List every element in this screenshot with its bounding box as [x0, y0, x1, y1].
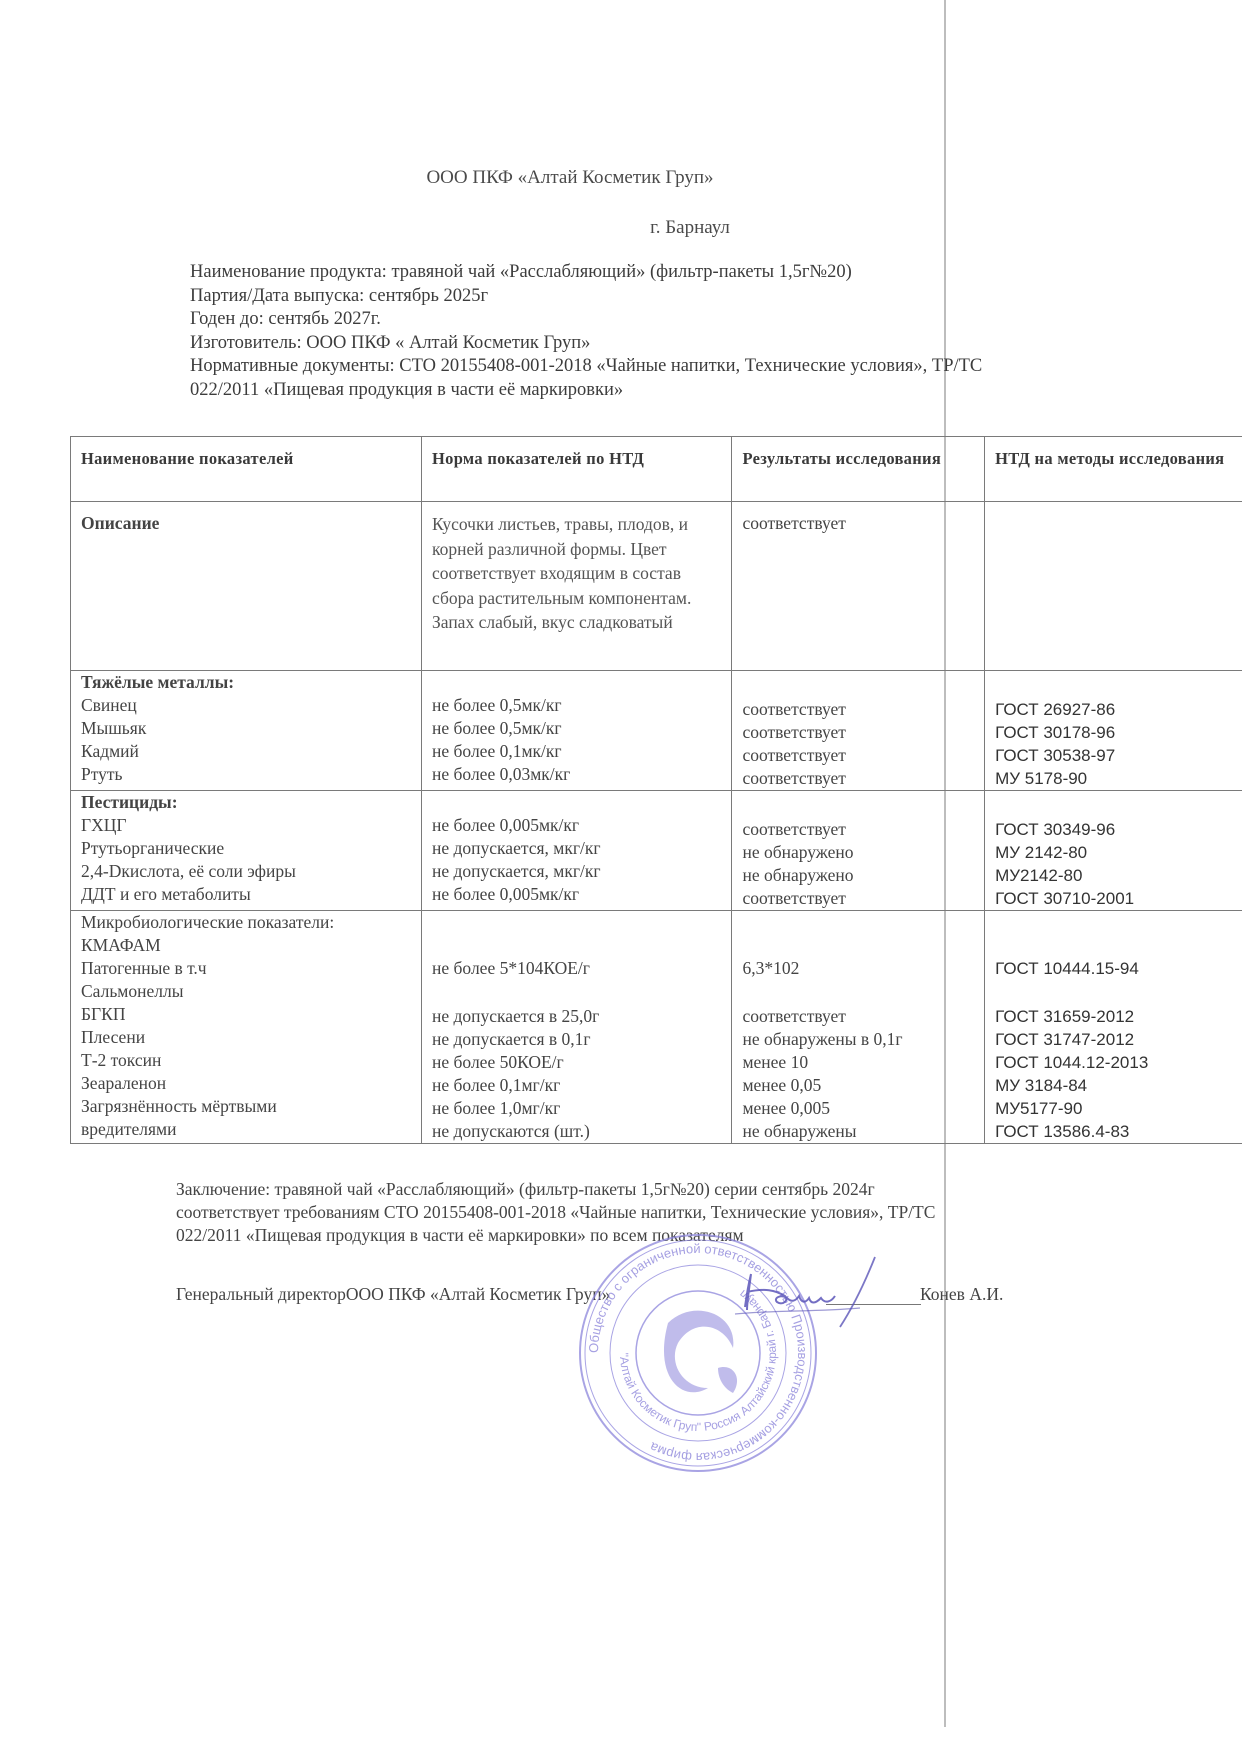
table-row-heavy-metals: Тяжёлые металлы:СвинецМышьякКадмийРтутьн… — [71, 671, 1242, 791]
indicator-methods: ГОСТ 31747-2012 — [995, 1028, 1242, 1051]
indicator-norms: не допускается в 25,0г — [432, 1005, 721, 1028]
indicator-result: не обнаружено — [742, 841, 974, 864]
normative-docs-line2: 022/2011 «Пищевая продукция в части её м… — [190, 379, 1120, 403]
expiry-date: Годен до: сентябь 2027г. — [190, 308, 1120, 332]
indicator-name: КМАФАМ — [81, 934, 411, 957]
indicator-methods: ГОСТ 10444.15-94 — [995, 957, 1242, 980]
indicator-result: соответствует — [742, 744, 974, 767]
indicator-methods: ГОСТ 13586.4-83 — [995, 1120, 1242, 1143]
indicator-method: МУ 2142-80 — [995, 841, 1242, 864]
indicator-results: менее 10 — [742, 1051, 974, 1074]
indicator-name: Кадмий — [81, 740, 411, 763]
indicator-norms: не более 1,0мг/кг — [432, 1097, 721, 1120]
indicator-method: ГОСТ 30178-96 — [995, 721, 1242, 744]
indicator-name: 2,4-Dкислота, её соли эфиры — [81, 860, 411, 883]
header-norm: Норма показателей по НТД — [422, 437, 732, 502]
indicator-norm: не допускается, мкг/кг — [432, 860, 721, 883]
header-indicator: Наименование показателей — [71, 437, 422, 502]
indicator-result: соответствует — [742, 767, 974, 790]
indicator-results: не обнаружены в 0,1г — [742, 1028, 974, 1051]
indicator-result: соответствует — [742, 721, 974, 744]
indicator-norms: не допускается в 0,1г — [432, 1028, 721, 1051]
conclusion-line1: Заключение: травяной чай «Расслабляющий»… — [176, 1178, 1136, 1201]
indicator-name: ДДТ и его метаболиты — [81, 883, 411, 906]
indicator-method: ГОСТ 30538-97 — [995, 744, 1242, 767]
indicator-norms: не более 0,1мг/кг — [432, 1074, 721, 1097]
indicator-norm: не более 0,5мк/кг — [432, 717, 721, 740]
indicator-methods: ГОСТ 31659-2012 — [995, 1005, 1242, 1028]
indicator-norm: не более 0,5мк/кг — [432, 694, 721, 717]
indicator-name: Т-2 токсин — [81, 1049, 411, 1072]
indicator-methods: МУ 3184-84 — [995, 1074, 1242, 1097]
table-row-description: Описание Кусочки листьев, травы, плодов,… — [71, 502, 1242, 671]
indicator-method: МУ 5178-90 — [995, 767, 1242, 790]
indicator-name: Сальмонеллы — [81, 980, 411, 1003]
indicator-norms: не допускаются (шт.) — [432, 1120, 721, 1143]
indicator-result: соответствует — [742, 887, 974, 910]
indicator-name: Ртуть — [81, 763, 411, 786]
indicator-results: соответствует — [742, 1005, 974, 1028]
indicator-name: вредителями — [81, 1118, 411, 1141]
product-info: Наименование продукта: травяной чай «Рас… — [190, 261, 1120, 402]
indicator-results: 6,3*102 — [742, 957, 974, 980]
indicator-name: Свинец — [81, 694, 411, 717]
group-title: Тяжёлые металлы: — [81, 671, 411, 694]
indicator-norm: не более 0,005мк/кг — [432, 814, 721, 837]
product-name: Наименование продукта: травяной чай «Рас… — [190, 261, 1120, 285]
indicator-method: ГОСТ 30710-2001 — [995, 887, 1242, 910]
indicator-methods: МУ5177-90 — [995, 1097, 1242, 1120]
indicator-method: ГОСТ 30349-96 — [995, 818, 1242, 841]
indicator-norms: не более 5*104КОЕ/г — [432, 957, 721, 980]
group-title: Пестициды: — [81, 791, 411, 814]
indicator-results: менее 0,05 — [742, 1074, 974, 1097]
indicator-methods: ГОСТ 1044.12-2013 — [995, 1051, 1242, 1074]
indicator-name: Патогенные в т.ч — [81, 957, 411, 980]
indicator-name: Плесени — [81, 1026, 411, 1049]
table-header-row: Наименование показателей Норма показател… — [71, 437, 1242, 502]
description-result: соответствует — [742, 512, 974, 535]
signature-icon — [725, 1252, 895, 1332]
indicator-name: БГКП — [81, 1003, 411, 1026]
city: г. Барнаул — [190, 217, 1190, 239]
manufacturer: Изготовитель: ООО ПКФ « Алтай Косметик Г… — [190, 332, 1120, 356]
indicator-method: МУ2142-80 — [995, 864, 1242, 887]
table-row-microbiology: Микробиологические показатели:КМАФАМПато… — [71, 911, 1242, 1144]
indicator-name: Загрязнённость мёртвыми — [81, 1095, 411, 1118]
results-table: Наименование показателей Норма показател… — [70, 436, 1242, 1144]
header-result: Результаты исследования — [732, 437, 985, 502]
indicator-norm: не более 0,03мк/кг — [432, 763, 721, 786]
indicator-name: Зеараленон — [81, 1072, 411, 1095]
signatory-name: Конев А.И. — [920, 1284, 1003, 1305]
indicator-results: менее 0,005 — [742, 1097, 974, 1120]
indicator-norm: не более 0,005мк/кг — [432, 883, 721, 906]
indicator-norms: не более 50КОЕ/г — [432, 1051, 721, 1074]
row-title: Описание — [81, 512, 411, 535]
indicator-norm: не более 0,1мк/кг — [432, 740, 721, 763]
indicator-name: Ртутьорганические — [81, 837, 411, 860]
group-title: Микробиологические показатели: — [81, 911, 411, 934]
indicator-norm: не допускается, мкг/кг — [432, 837, 721, 860]
conclusion-line2: соответствует требованиям СТО 20155408-0… — [176, 1201, 1136, 1224]
indicator-name: Мышьяк — [81, 717, 411, 740]
indicator-name: ГХЦГ — [81, 814, 411, 837]
indicator-result: соответствует — [742, 818, 974, 841]
header-method: НТД на методы исследования — [985, 437, 1242, 502]
batch-date: Партия/Дата выпуска: сентябрь 2025г — [190, 285, 1120, 309]
indicator-results: не обнаружены — [742, 1120, 974, 1143]
indicator-result: не обнаружено — [742, 864, 974, 887]
indicator-method: ГОСТ 26927-86 — [995, 698, 1242, 721]
signatory-position: Генеральный директорООО ПКФ «Алтай Косме… — [176, 1284, 610, 1304]
table-row-pesticides: Пестициды:ГХЦГРтутьорганические2,4-Dкисл… — [71, 791, 1242, 911]
organization-title: ООО ПКФ «Алтай Косметик Груп» — [70, 167, 1070, 189]
indicator-result: соответствует — [742, 698, 974, 721]
normative-docs-line1: Нормативные документы: СТО 20155408-001-… — [190, 355, 1120, 379]
description-norm: Кусочки листьев, травы, плодов, и корней… — [432, 512, 721, 635]
